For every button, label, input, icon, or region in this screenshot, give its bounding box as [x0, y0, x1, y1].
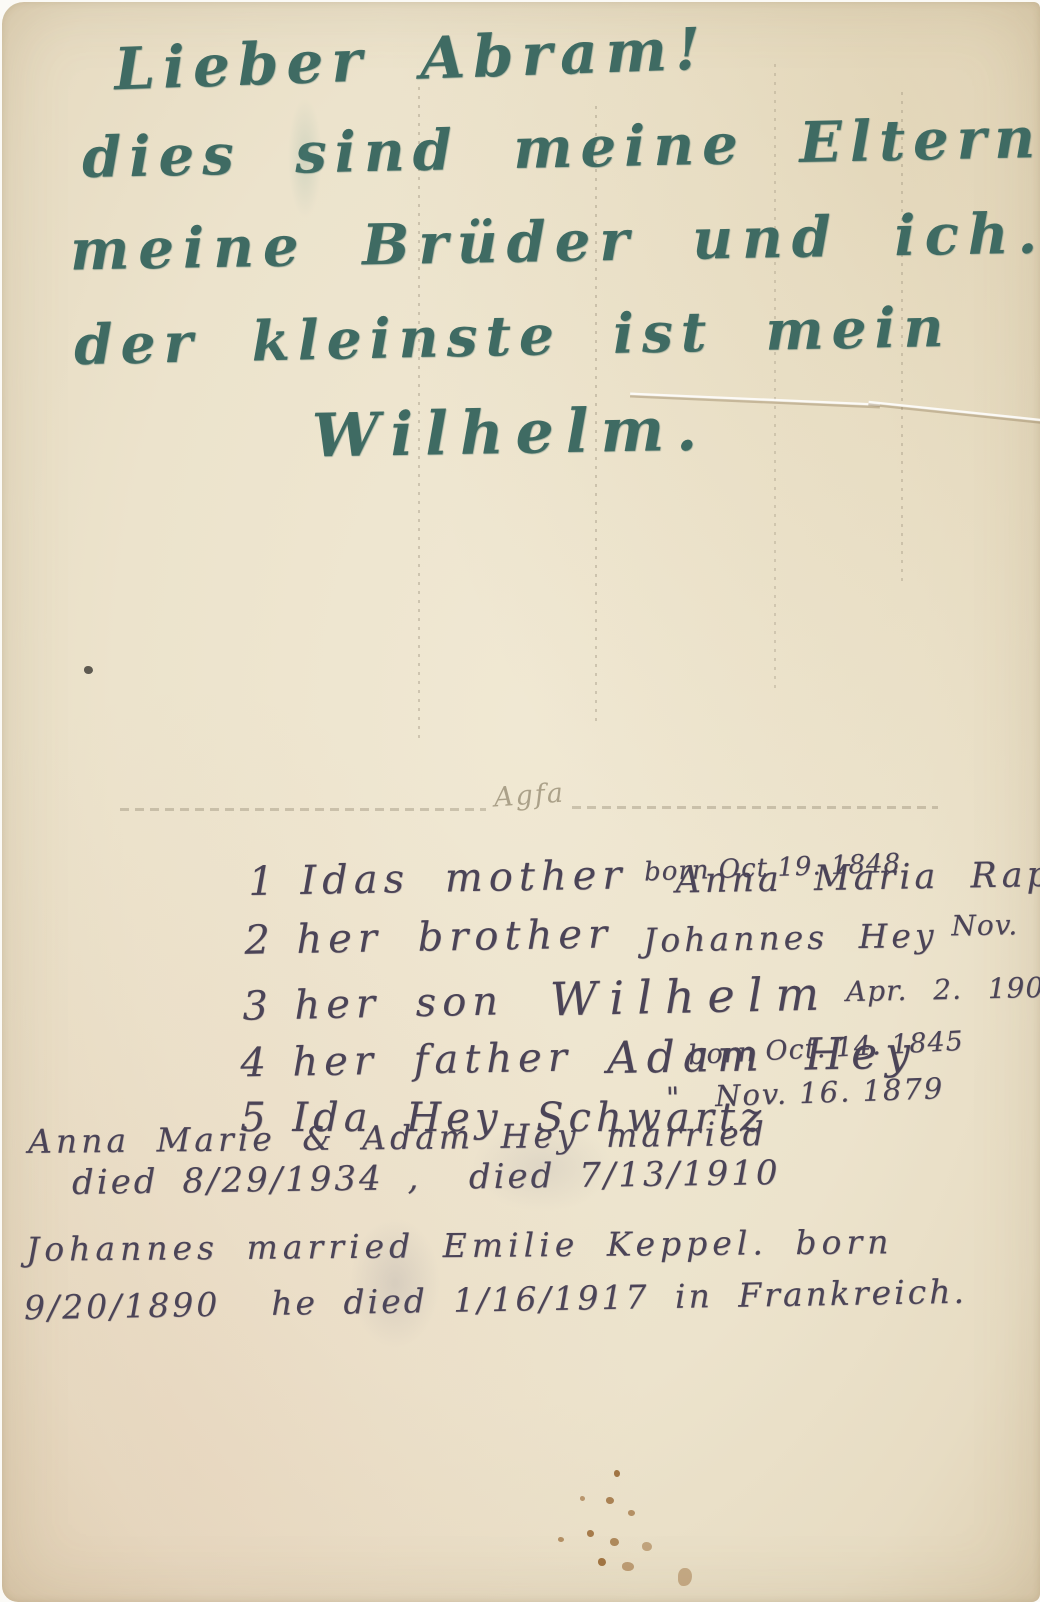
- footnote-marriage: Anna Marie & Adam Hey married: [28, 1116, 768, 1160]
- stain-speck: [606, 1497, 614, 1504]
- german-message-line-2: dies sind meine Eltern: [81, 108, 1040, 190]
- stain-speck: [628, 1510, 635, 1516]
- graphite-smudge: [472, 1122, 612, 1212]
- stain-speck: [678, 1568, 692, 1586]
- stain-speck: [610, 1538, 619, 1546]
- german-message-line-4: der kleinste ist mein: [73, 297, 952, 376]
- stain-speck: [558, 1537, 564, 1542]
- footnote-johannes-death: 9/20/1890 he died 1/16/1917 in Frankreic…: [24, 1274, 967, 1327]
- stain-speck: [580, 1496, 585, 1501]
- footnote-johannes-marriage: Johannes married Emilie Keppel. born: [26, 1224, 894, 1268]
- agfa-watermark: Agfa: [493, 778, 566, 814]
- ink-speck: [84, 666, 93, 674]
- stain-speck: [598, 1558, 606, 1566]
- postcard-paper: Lieber Abram! dies sind meine Eltern mei…: [2, 2, 1040, 1602]
- ink-smudge: [288, 98, 322, 218]
- german-message-line-5: Wilhelm.: [311, 397, 709, 470]
- graphite-smudge: [350, 1218, 440, 1348]
- german-message-line-3: meine Brüder und ich.: [70, 203, 1040, 282]
- stain-speck: [622, 1562, 634, 1571]
- stain-speck: [587, 1530, 594, 1537]
- stain-speck: [642, 1542, 652, 1551]
- footnote-deaths: died 8/29/1934 , died 7/13/1910: [72, 1155, 781, 1202]
- stain-speck: [614, 1470, 620, 1477]
- german-message-line-1: Lieber Abram!: [113, 18, 709, 103]
- divider-line-left: [120, 808, 486, 811]
- postcard-scan: Lieber Abram! dies sind meine Eltern mei…: [0, 0, 1040, 1602]
- fold-crease: [868, 401, 1040, 425]
